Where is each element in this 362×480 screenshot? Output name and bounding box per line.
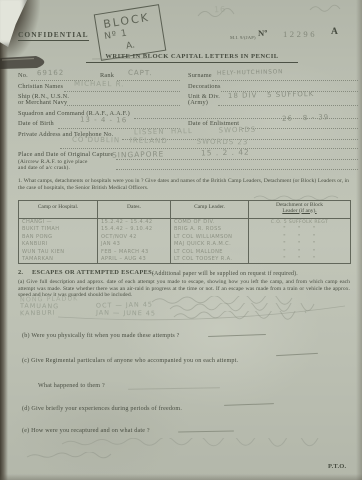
surname-value: HELY-HUTCHINSON — [217, 69, 283, 78]
unit-div-label-2: (Army) — [188, 100, 208, 107]
col-leader-header: Camp Leader. — [171, 201, 249, 218]
scanned-pow-questionnaire: CONFIDENTIAL BLOCK Nº 1 A. M.I. 9/(JAP) … — [0, 0, 362, 480]
table-row: CHANGI — 15.2.42 – 15.4.42 COMD OF DIV. … — [19, 219, 350, 226]
date-of-birth-value: 13 - 4 - 16 — [80, 117, 127, 125]
capture-label: Place and Date of Original Capture — [18, 152, 113, 159]
table-row: BAN PONG OCT/NOV 42 LT COL WILLIAMSON " … — [19, 234, 350, 241]
numero-symbol: Nº — [258, 30, 267, 37]
photo-edge — [0, 474, 362, 480]
col-block-leader-header: Detachment or Block Leader (if any). — [249, 201, 350, 216]
col-block-leader-header-line2: Leader (if any). — [249, 209, 350, 215]
pencil-line — [178, 431, 234, 433]
serial-number: 12296 — [283, 31, 317, 38]
section2-heading: ESCAPES OR ATTEMPTED ESCAPES. — [32, 270, 154, 277]
pencil-scribble — [308, 2, 342, 14]
col-dates-header: Dates. — [98, 201, 171, 218]
cell-dates: APRIL – AUG 43 — [98, 256, 171, 263]
christian-names-value: MICHAEL R. — [74, 81, 125, 89]
pencil-line — [224, 403, 274, 406]
address-value-line1: LISSEN HALL SWORDS — [134, 127, 256, 137]
section2-number: 2. — [18, 270, 23, 277]
pencil-scribble — [60, 438, 330, 448]
camps-table-header-row: Camp or Hospital. Dates. Camp Leader. De… — [19, 201, 350, 219]
dotted-line — [212, 79, 358, 81]
hw-camp-entry: KANBURI — [20, 310, 56, 318]
dotted-line — [218, 104, 358, 106]
question-e: (e) How were you recaptured and on what … — [22, 428, 150, 435]
cell-camp: CHANGI — — [19, 219, 98, 226]
cell-leader: BRIG A. R. ROSS — [171, 226, 249, 233]
camps-table: Camp or Hospital. Dates. Camp Leader. De… — [18, 200, 351, 264]
pencil-line — [276, 353, 318, 356]
table-row: KANBURI JAN 43 MAJ QUICK R.A.M.C. " " " — [19, 241, 350, 248]
cell-dates: JAN 43 — [98, 241, 171, 248]
no-value: 69162 — [37, 70, 64, 78]
question-d: (d) Give briefly your experiences during… — [22, 406, 182, 413]
surname-label: Surname — [188, 73, 212, 80]
unit-div-value: 18 DIV 5 SUFFOLK — [228, 91, 314, 100]
cell-block-leader: " " " — [249, 256, 350, 263]
pto-label: P.T.O. — [328, 464, 346, 471]
dotted-line — [117, 79, 180, 81]
date-of-birth-label: Date of Birth — [18, 121, 54, 128]
cell-leader: LT COL MALLONE — [171, 249, 249, 256]
pencil-scribble — [55, 300, 350, 322]
cell-camp: KANBURI — [19, 241, 98, 248]
cell-leader: COMD OF DIV. — [171, 219, 249, 226]
table-row: TAMARKAN APRIL – AUG 43 LT COL TOOSEY R.… — [19, 256, 350, 263]
dotted-line — [64, 90, 180, 92]
capture-label-3: and date of a/c crash). — [18, 165, 70, 172]
dotted-line — [242, 127, 358, 129]
pencil-line — [208, 334, 266, 337]
photo-edge — [0, 0, 8, 480]
rank-label: Rank — [100, 73, 114, 80]
dotted-line — [67, 104, 180, 106]
question-c2: What happened to them ? — [38, 383, 105, 390]
cell-block-leader: C.O. 5 SUFFOLK REGT — [249, 219, 350, 226]
cell-camp: BAN PONG — [19, 234, 98, 241]
section2-note: (Additional paper will be supplied on re… — [152, 271, 298, 278]
cell-block-leader: " " " — [249, 226, 350, 233]
decorations-label: Decorations — [188, 84, 221, 91]
cell-leader: MAJ QUICK R.A.M.C. — [171, 241, 249, 248]
form-ref: M.I. 9/(JAP) — [230, 35, 256, 42]
pencil-scribble — [196, 6, 236, 20]
cell-dates: FEB – MARCH 43 — [98, 249, 171, 256]
cell-camp: TAMARKAN — [19, 256, 98, 263]
table-row: BUKIT TIMAH 15.4.42 – 9.10.42 BRIG A. R.… — [19, 226, 350, 233]
no-label: No. — [18, 73, 28, 80]
section1-intro: 1. What camps, detachments or hospitals … — [18, 178, 349, 191]
cell-camp: BUKIT TIMAH — [19, 226, 98, 233]
cell-dates: 15.4.42 – 9.10.42 — [98, 226, 171, 233]
block-stamp-number: Nº 1 — [104, 28, 129, 42]
cell-dates: 15.2.42 – 15.4.42 — [98, 219, 171, 226]
block-stamp-letter: A. — [125, 40, 135, 51]
ship-label-2: or Merchant Navy — [18, 100, 67, 107]
table-row: WUN TAU KIEN FEB – MARCH 43 LT COL MALLO… — [19, 249, 350, 256]
cell-block-leader: " " " — [249, 234, 350, 241]
pencil-scribble — [25, 452, 113, 461]
confidential-label: CONFIDENTIAL — [18, 32, 89, 41]
question-b: (b) Were you physically fit when you mad… — [22, 333, 180, 340]
series-letter: A — [331, 29, 338, 36]
date-of-enlistment-value: 26 - 8 - 39 — [282, 114, 329, 123]
cell-leader: LT COL WILLIAMSON — [171, 234, 249, 241]
cell-dates: OCT/NOV 42 — [98, 234, 171, 241]
cell-block-leader: " " " — [249, 249, 350, 256]
pencil-line — [128, 387, 220, 390]
cell-camp: WUN TAU KIEN — [19, 249, 98, 256]
rank-value: CAPT. — [128, 70, 153, 77]
dotted-line — [116, 168, 358, 170]
address-value-line2: CO DUBLIN IRELAND SWORDS 23 — [72, 137, 248, 147]
cell-leader: LT COL TOOSEY R.A. — [171, 256, 249, 263]
col-camp-header: Camp or Hospital. — [19, 201, 98, 218]
question-c: (c) Give Regimental particulars of anyon… — [22, 358, 238, 365]
christian-names-label: Christian Names — [18, 84, 63, 91]
photo-edge — [356, 0, 362, 480]
cell-block-leader: " " " — [249, 241, 350, 248]
